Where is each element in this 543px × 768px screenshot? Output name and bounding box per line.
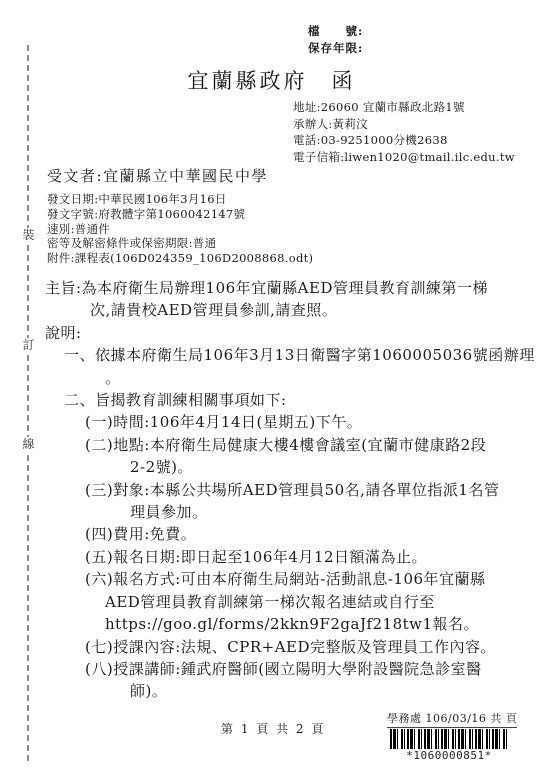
sender-info: 地址:26060 宜蘭市縣政北路1號承辦人:黃莉汶電話:03-9251000分機… <box>293 99 515 165</box>
body-line: 主旨:為本府衛生局辦理106年宜蘭縣AED管理員教育訓練第一梯 <box>45 277 515 299</box>
body-line: 二、旨揭教育訓練相關事項如下: <box>45 389 515 411</box>
recipient-line: 受文者:宜蘭縣立中華國民中學 <box>47 165 268 186</box>
meta-line: 附件:課程表(106D024359_106D2008868.odt) <box>47 251 313 266</box>
meta-block: 發文日期:中華民國106年3月16日發文字號:府教體字第1060042147號速… <box>47 192 313 266</box>
body-line: (五)報名日期:即日起至106年4月12日額滿為止。 <box>45 546 515 568</box>
body-line: (二)地點:本府衛生局健康大樓4樓會議室(宜蘭市健康路2段 <box>45 434 515 456</box>
registry-stamp: 學務處 106/03/16 共 頁 *1060000851* <box>387 707 511 762</box>
body-line: 師)。 <box>45 680 515 702</box>
body-line: (三)對象:本縣公共場所AED管理員50名,請各單位指派1名管 <box>45 479 515 501</box>
body-line: 。 <box>45 367 515 389</box>
body-line: 次,請貴校AED管理員參訓,請查照。 <box>45 299 515 321</box>
meta-line: 發文日期:中華民國106年3月16日 <box>47 192 313 207</box>
document-title: 宜蘭縣政府 函 <box>0 65 543 95</box>
body-line: (四)費用:免費。 <box>45 523 515 545</box>
body-line: (七)授課內容:法規、CPR+AED完整版及管理員工作內容。 <box>45 636 515 658</box>
barcode-number: *1060000851* <box>387 749 511 762</box>
file-labels: 檔 號: 保存年限: <box>308 23 363 57</box>
body-text: 主旨:為本府衛生局辦理106年宜蘭縣AED管理員教育訓練第一梯次,請貴校AED管… <box>45 277 515 703</box>
body-line: https://goo.gl/forms/2kkn9F2gaJf218tw1報名… <box>45 613 515 635</box>
document-page: 裝訂線 檔 號: 保存年限: 宜蘭縣政府 函 地址:26060 宜蘭市縣政北路1… <box>0 0 543 768</box>
page-number: 第 1 頁 共 2 頁 <box>221 720 325 737</box>
body-line: 2-2號)。 <box>45 456 515 478</box>
barcode <box>390 729 508 749</box>
meta-line: 速別:普通件 <box>47 222 313 237</box>
body-line: AED管理員教育訓練第一梯次報名連結或自行至 <box>45 591 515 613</box>
stamp-text: 學務處 106/03/16 共 頁 <box>387 710 517 728</box>
meta-line: 發文字號:府教體字第1060042147號 <box>47 207 313 222</box>
file-no-label: 檔 號: <box>308 23 363 40</box>
body-line: (一)時間:106年4月14日(星期五)下午。 <box>45 411 515 433</box>
body-line: 理員參加。 <box>45 501 515 523</box>
retention-label: 保存年限: <box>308 40 363 57</box>
binding-line <box>27 45 29 761</box>
sender-info-line: 承辦人:黃莉汶 <box>293 116 515 133</box>
body-line: (六)報名方式:可由本府衛生局網站-活動訊息-106年宜蘭縣 <box>45 568 515 590</box>
body-line: (八)授課講師:鍾武府醫師(國立陽明大學附設醫院急診室醫 <box>45 658 515 680</box>
meta-line: 密等及解密條件或保密期限:普通 <box>47 236 313 251</box>
body-line: 說明: <box>45 322 515 344</box>
sender-info-line: 電子信箱:liwen1020@tmail.ilc.edu.tw <box>293 149 515 166</box>
sender-info-line: 地址:26060 宜蘭市縣政北路1號 <box>293 99 515 116</box>
sender-info-line: 電話:03-9251000分機2638 <box>293 132 515 149</box>
body-line: 一、依據本府衛生局106年3月13日衛醫字第1060005036號函辦理 <box>45 344 515 366</box>
